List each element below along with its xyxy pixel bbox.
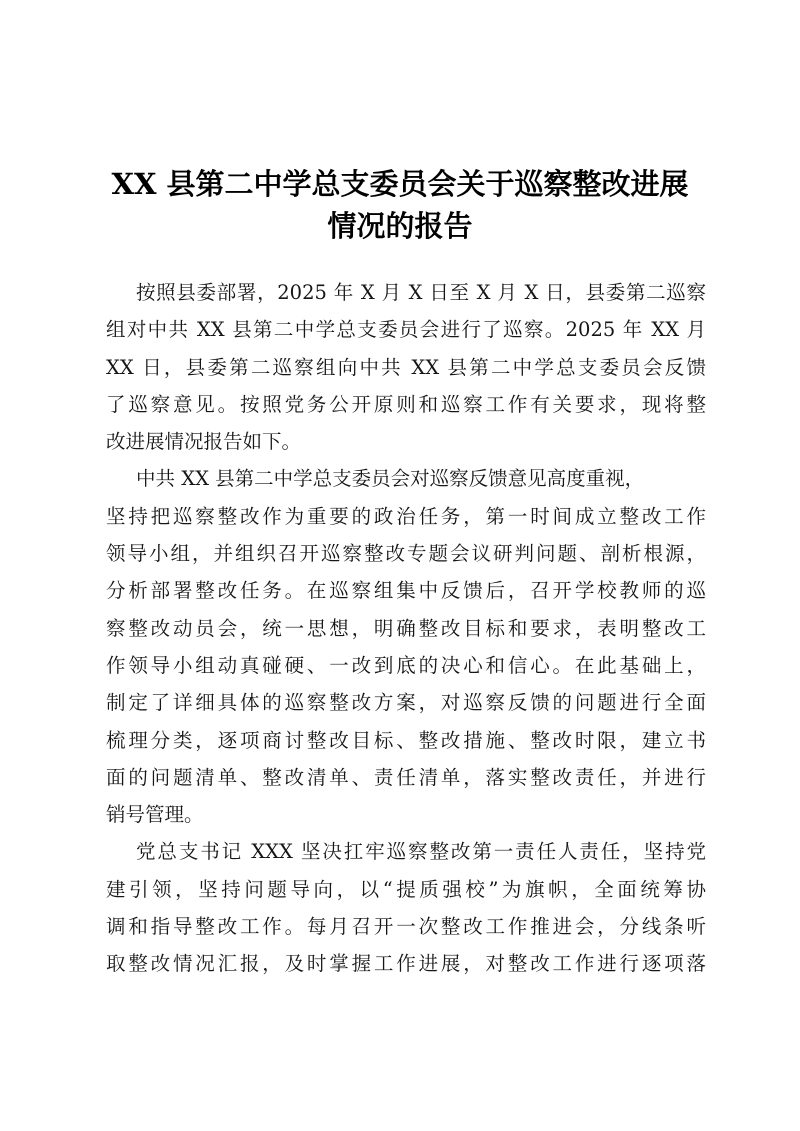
title-line-2: 情况的报告 xyxy=(90,205,710,247)
title-line-1: XX 县第二中学总支委员会关于巡察整改进展 xyxy=(90,163,710,205)
paragraph-organization: 中共 XX 县第二中学总支委员会对巡察反馈意见高度重视， 坚持把巡察整改作为重要… xyxy=(106,460,706,833)
text-line: 取整改情况汇报，及时掌握工作进展，对整改工作进行逐项落 xyxy=(106,945,706,982)
text-line: XX 日，县委第二巡察组向中共 XX 县第二中学总支委员会反馈 xyxy=(106,349,706,386)
text-line: 了巡察意见。按照党务公开原则和巡察工作有关要求，现将整 xyxy=(106,386,706,423)
text-line: 调和指导整改工作。每月召开一次整改工作推进会，分线条听 xyxy=(106,908,706,945)
text-line: 察整改动员会，统一思想，明确整改目标和要求，表明整改工 xyxy=(106,610,706,647)
text-line: 销号管理。 xyxy=(106,796,706,833)
text-line: 分析部署整改任务。在巡察组集中反馈后，召开学校教师的巡 xyxy=(106,572,706,609)
text-line: 梳理分类，逐项商讨整改目标、整改措施、整改时限，建立书 xyxy=(106,722,706,759)
text-line: 改进展情况报告如下。 xyxy=(106,423,706,460)
text-line: 作领导小组动真碰硬、一改到底的决心和信心。在此基础上， xyxy=(106,647,706,684)
text-line: 面的问题清单、整改清单、责任清单，落实整改责任，并进行 xyxy=(106,759,706,796)
document-page: XX 县第二中学总支委员会关于巡察整改进展 情况的报告 按照县委部署，2025 … xyxy=(0,0,800,1131)
text-line: 中共 XX 县第二中学总支委员会对巡察反馈意见高度重视， xyxy=(106,460,706,497)
text-line: 建引领，坚持问题导向，以“提质强校”为旗帜，全面统筹协 xyxy=(106,871,706,908)
paragraph-secretary: 党总支书记 XXX 坚决扛牢巡察整改第一责任人责任，坚持党 建引领，坚持问题导向… xyxy=(106,833,706,982)
text-line: 坚持把巡察整改作为重要的政治任务，第一时间成立整改工作 xyxy=(106,498,706,535)
document-body: 按照县委部署，2025 年 X 月 X 日至 X 月 X 日，县委第二巡察 组对… xyxy=(106,274,706,983)
text-line: 党总支书记 XXX 坚决扛牢巡察整改第一责任人责任，坚持党 xyxy=(106,833,706,870)
text-line: 组对中共 XX 县第二中学总支委员会进行了巡察。2025 年 XX 月 xyxy=(106,311,706,348)
paragraph-intro: 按照县委部署，2025 年 X 月 X 日至 X 月 X 日，县委第二巡察 组对… xyxy=(106,274,706,460)
document-title: XX 县第二中学总支委员会关于巡察整改进展 情况的报告 xyxy=(90,163,710,247)
text-line: 领导小组，并组织召开巡察整改专题会议研判问题、剖析根源， xyxy=(106,535,706,572)
text-line: 制定了详细具体的巡察整改方案，对巡察反馈的问题进行全面 xyxy=(106,684,706,721)
text-line: 按照县委部署，2025 年 X 月 X 日至 X 月 X 日，县委第二巡察 xyxy=(106,274,706,311)
